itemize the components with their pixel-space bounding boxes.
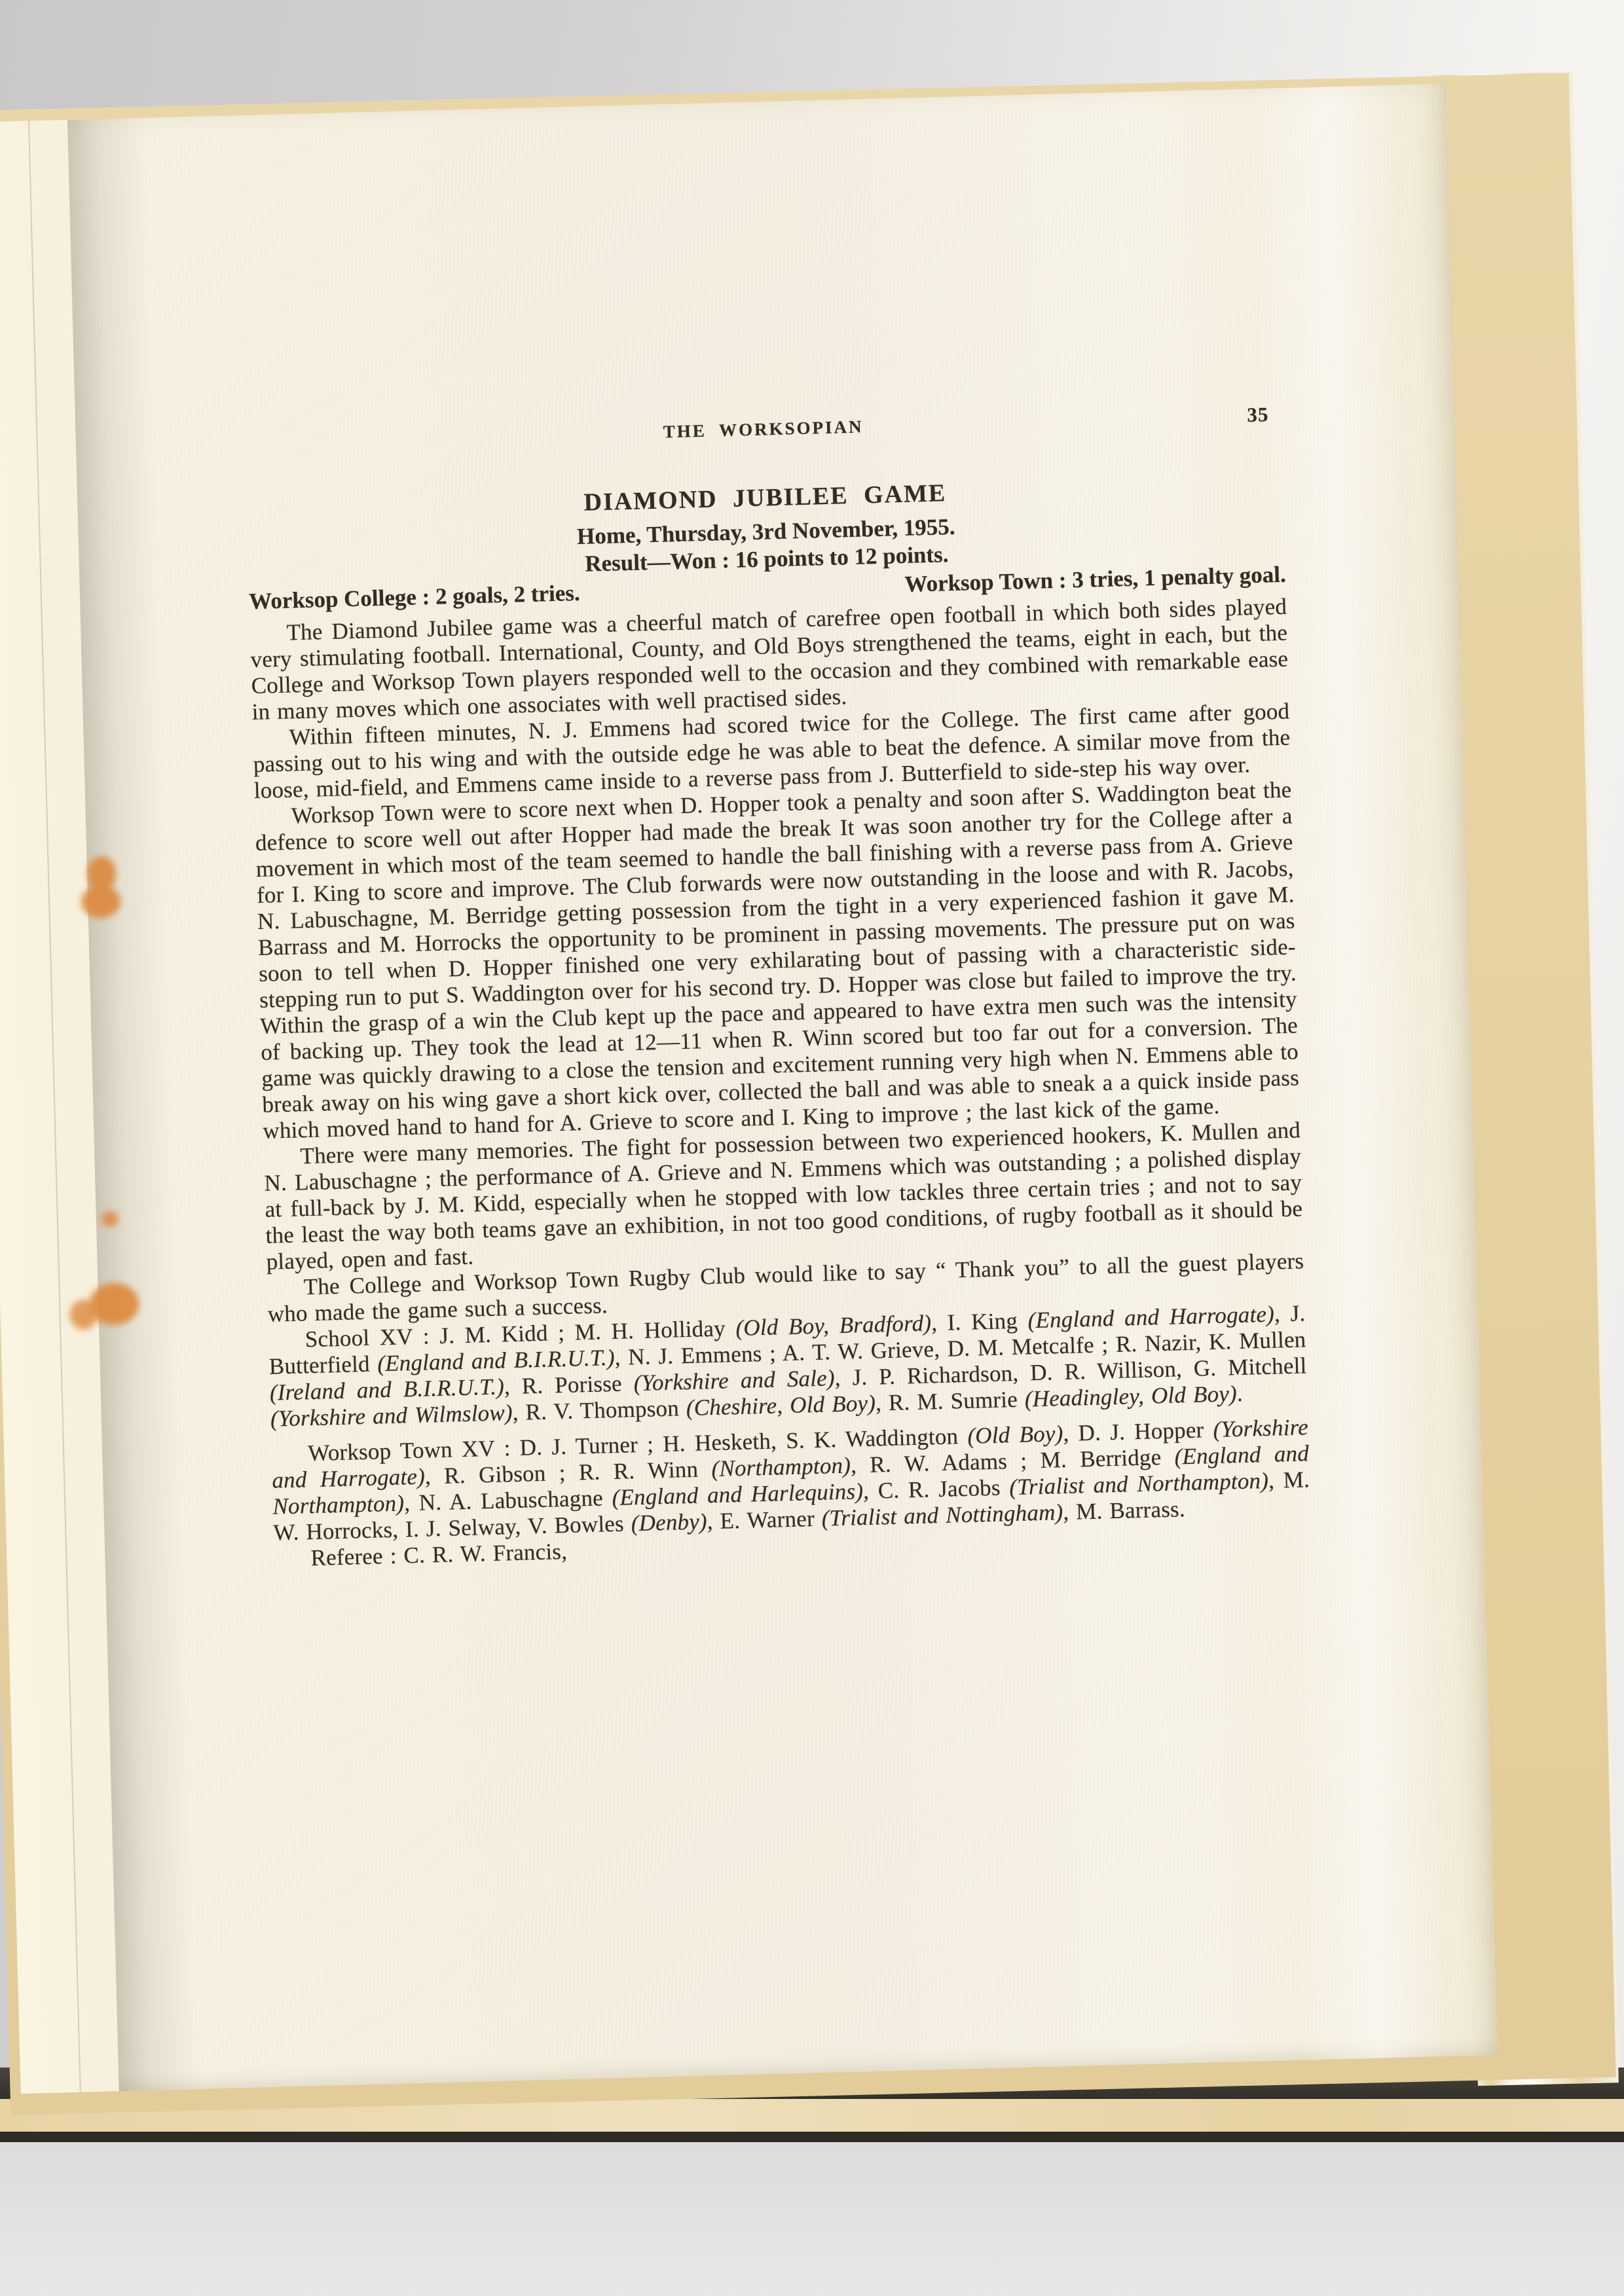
journal-title: THE WORKSOPIAN xyxy=(663,413,864,445)
page-number: 35 xyxy=(1247,401,1269,428)
page-content: THE WORKSOPIAN 35 DIAMOND JUBILEE GAME H… xyxy=(244,401,1311,1573)
scanner-background-bottom xyxy=(0,2142,1624,2296)
running-header: THE WORKSOPIAN 35 xyxy=(244,401,1282,454)
magazine-page: THE WORKSOPIAN 35 DIAMOND JUBILEE GAME H… xyxy=(0,84,1498,2094)
book-cover-dark-edge xyxy=(0,2132,1624,2142)
article-paragraph: Worksop Town were to score next when D. … xyxy=(254,777,1300,1144)
